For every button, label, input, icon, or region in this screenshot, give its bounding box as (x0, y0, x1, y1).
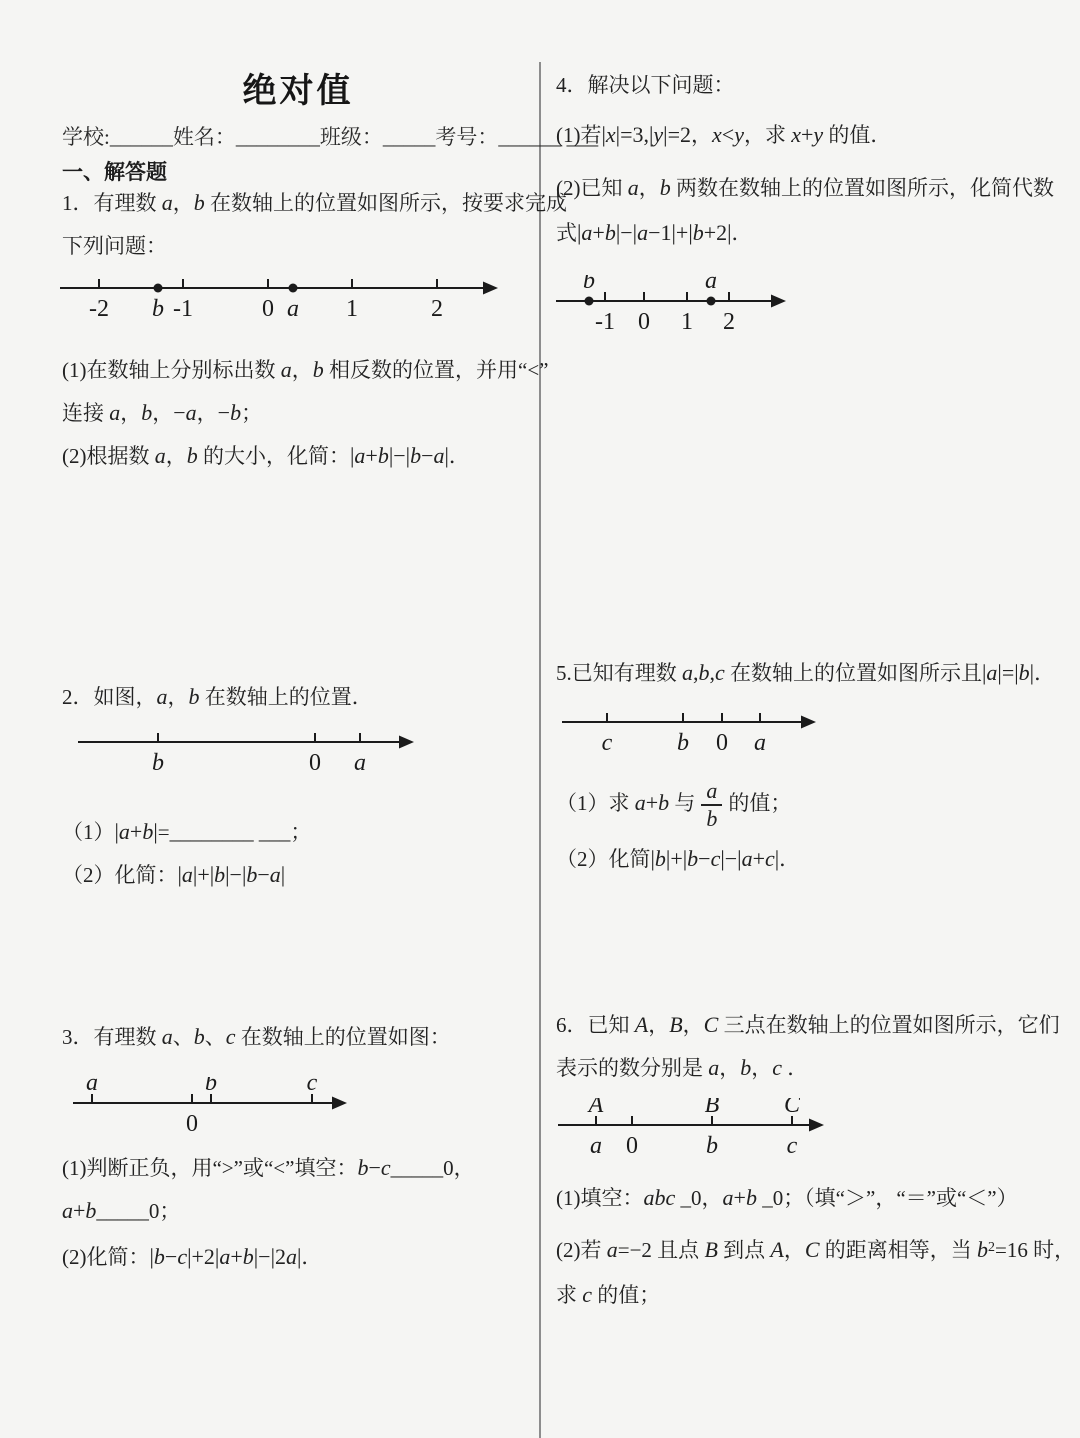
problem-3-intro: 3．有理数 a、b、c 在数轴上的位置如图： (62, 1022, 534, 1052)
numberline-problem-1: -2b-10a12 (60, 274, 534, 331)
problem-6-part-1: (1)填空：abc _0，a+b _0；（填“＞”，“＝”或“＜”） (556, 1183, 1061, 1213)
problem-4: 4．解决以下问题： (1)若|x|=3,|y|=2，x<y，求 x+y 的值． … (556, 70, 1061, 342)
svg-text:c: c (307, 1077, 318, 1096)
svg-text:0: 0 (626, 1133, 638, 1159)
svg-text:0: 0 (638, 309, 650, 335)
problem-2: 2．如图，a，b 在数轴上的位置． b0a （1）|a+b|=________ … (62, 682, 534, 903)
svg-text:-1: -1 (595, 309, 615, 335)
svg-text:c: c (602, 730, 613, 756)
svg-text:-1: -1 (173, 296, 193, 322)
svg-text:a: a (754, 730, 766, 756)
problem-6-intro-line-2: 表示的数分别是 a，b，c ． (556, 1053, 1061, 1083)
numberline-problem-3: a0bc (73, 1077, 534, 1142)
problem-3-part-1b: a+b_____0； (62, 1196, 534, 1226)
numberline-problem-2: b0a (78, 728, 534, 783)
svg-text:0: 0 (716, 730, 728, 756)
svg-text:b: b (583, 275, 595, 294)
svg-text:b: b (706, 1133, 718, 1159)
svg-text:a: a (287, 296, 299, 322)
problem-1-intro-line-2: 下列问题： (62, 231, 534, 261)
problem-4-part-2b: 式|a+b|−|a−1|+|b+2|． (556, 218, 1061, 248)
problem-1-part-1: (1)在数轴上分别标出数 a，b 相反数的位置，并用“<” (62, 355, 534, 385)
svg-text:a: a (354, 750, 366, 776)
problem-2-part-2: （2）化简：|a|+|b|−|b−a| (62, 860, 534, 890)
numberline-problem-4: b-101a2 (556, 275, 1061, 342)
problem-5: 5.已知有理数 a,b,c 在数轴上的位置如图所示且|a|=|b|． cb0a … (556, 658, 1061, 887)
problem-1-part-1b: 连接 a，b，−a，−b； (62, 398, 534, 428)
svg-text:c: c (787, 1133, 798, 1159)
header-fields: 学校:______姓名：________班级：_____考号：______ __… (62, 122, 534, 152)
problem-3-part-2: (2)化简：|b−c|+2|a+b|−|2a|． (62, 1242, 534, 1272)
worksheet-title: 绝对值 (62, 70, 534, 114)
problem-2-intro: 2．如图，a，b 在数轴上的位置． (62, 682, 534, 712)
column-divider (539, 62, 541, 1438)
svg-text:b: b (205, 1077, 217, 1096)
svg-text:-2: -2 (89, 296, 109, 322)
svg-text:0: 0 (309, 750, 321, 776)
worksheet-page: 绝对值 学校:______姓名：________班级：_____考号：_____… (0, 0, 1080, 1438)
svg-text:2: 2 (723, 309, 735, 335)
svg-text:1: 1 (681, 309, 693, 335)
problem-6: 6．已知 A，B，C 三点在数轴上的位置如图所示，它们 表示的数分别是 a，b，… (556, 1010, 1061, 1323)
problem-1-intro-line-1: 1．有理数 a，b 在数轴上的位置如图所示，按要求完成 (62, 188, 534, 218)
problem-4-part-2: (2)已知 a，b 两数在数轴上的位置如图所示，化简代数 (556, 173, 1061, 203)
problem-1-part-2: (2)根据数 a，b 的大小，化简：|a+b|−|b−a|． (62, 441, 534, 471)
problem-2-part-1: （1）|a+b|=________ ___； (62, 817, 534, 847)
problem-3: 3．有理数 a、b、c 在数轴上的位置如图： a0bc (1)判断正负，用“>”… (62, 1022, 534, 1285)
svg-text:a: a (705, 275, 717, 294)
svg-text:2: 2 (431, 296, 443, 322)
problem-6-intro-line-1: 6．已知 A，B，C 三点在数轴上的位置如图所示，它们 (556, 1010, 1061, 1040)
svg-text:0: 0 (262, 296, 274, 322)
problem-5-part-1: （1）求 a+b 与ab的值； (556, 775, 1061, 831)
problem-5-part-2: （2）化简|b|+|b−c|−|a+c|． (556, 844, 1061, 874)
svg-text:b: b (677, 730, 689, 756)
problem-6-part-2: (2)若 a=−2 且点 B 到点 A，C 的距离相等，当 b2=16 时， (556, 1233, 1061, 1265)
svg-text:A: A (587, 1098, 604, 1118)
svg-text:a: a (590, 1133, 602, 1159)
problem-4-intro: 4．解决以下问题： (556, 70, 1061, 100)
svg-text:0: 0 (186, 1111, 198, 1137)
problem-5-intro: 5.已知有理数 a,b,c 在数轴上的位置如图所示且|a|=|b|． (556, 658, 1061, 688)
section-heading: 一、解答题 (62, 157, 534, 187)
svg-text:B: B (705, 1098, 720, 1118)
numberline-problem-6: Aa0BbCc (558, 1098, 1061, 1167)
problem-4-part-1: (1)若|x|=3,|y|=2，x<y，求 x+y 的值． (556, 120, 1061, 150)
svg-text:C: C (784, 1098, 801, 1118)
problem-3-part-1: (1)判断正负，用“>”或“<”填空：b−c_____0， (62, 1153, 534, 1183)
problem-6-part-2b: 求 c 的值； (556, 1280, 1061, 1310)
svg-text:1: 1 (346, 296, 358, 322)
page-header: 绝对值 学校:______姓名：________班级：_____考号：_____… (62, 70, 534, 187)
svg-text:b: b (152, 750, 164, 776)
numberline-problem-5: cb0a (562, 708, 1061, 761)
svg-text:a: a (86, 1077, 98, 1096)
problem-1: 1．有理数 a，b 在数轴上的位置如图所示，按要求完成 下列问题： -2b-10… (62, 188, 534, 484)
svg-text:b: b (152, 296, 164, 322)
